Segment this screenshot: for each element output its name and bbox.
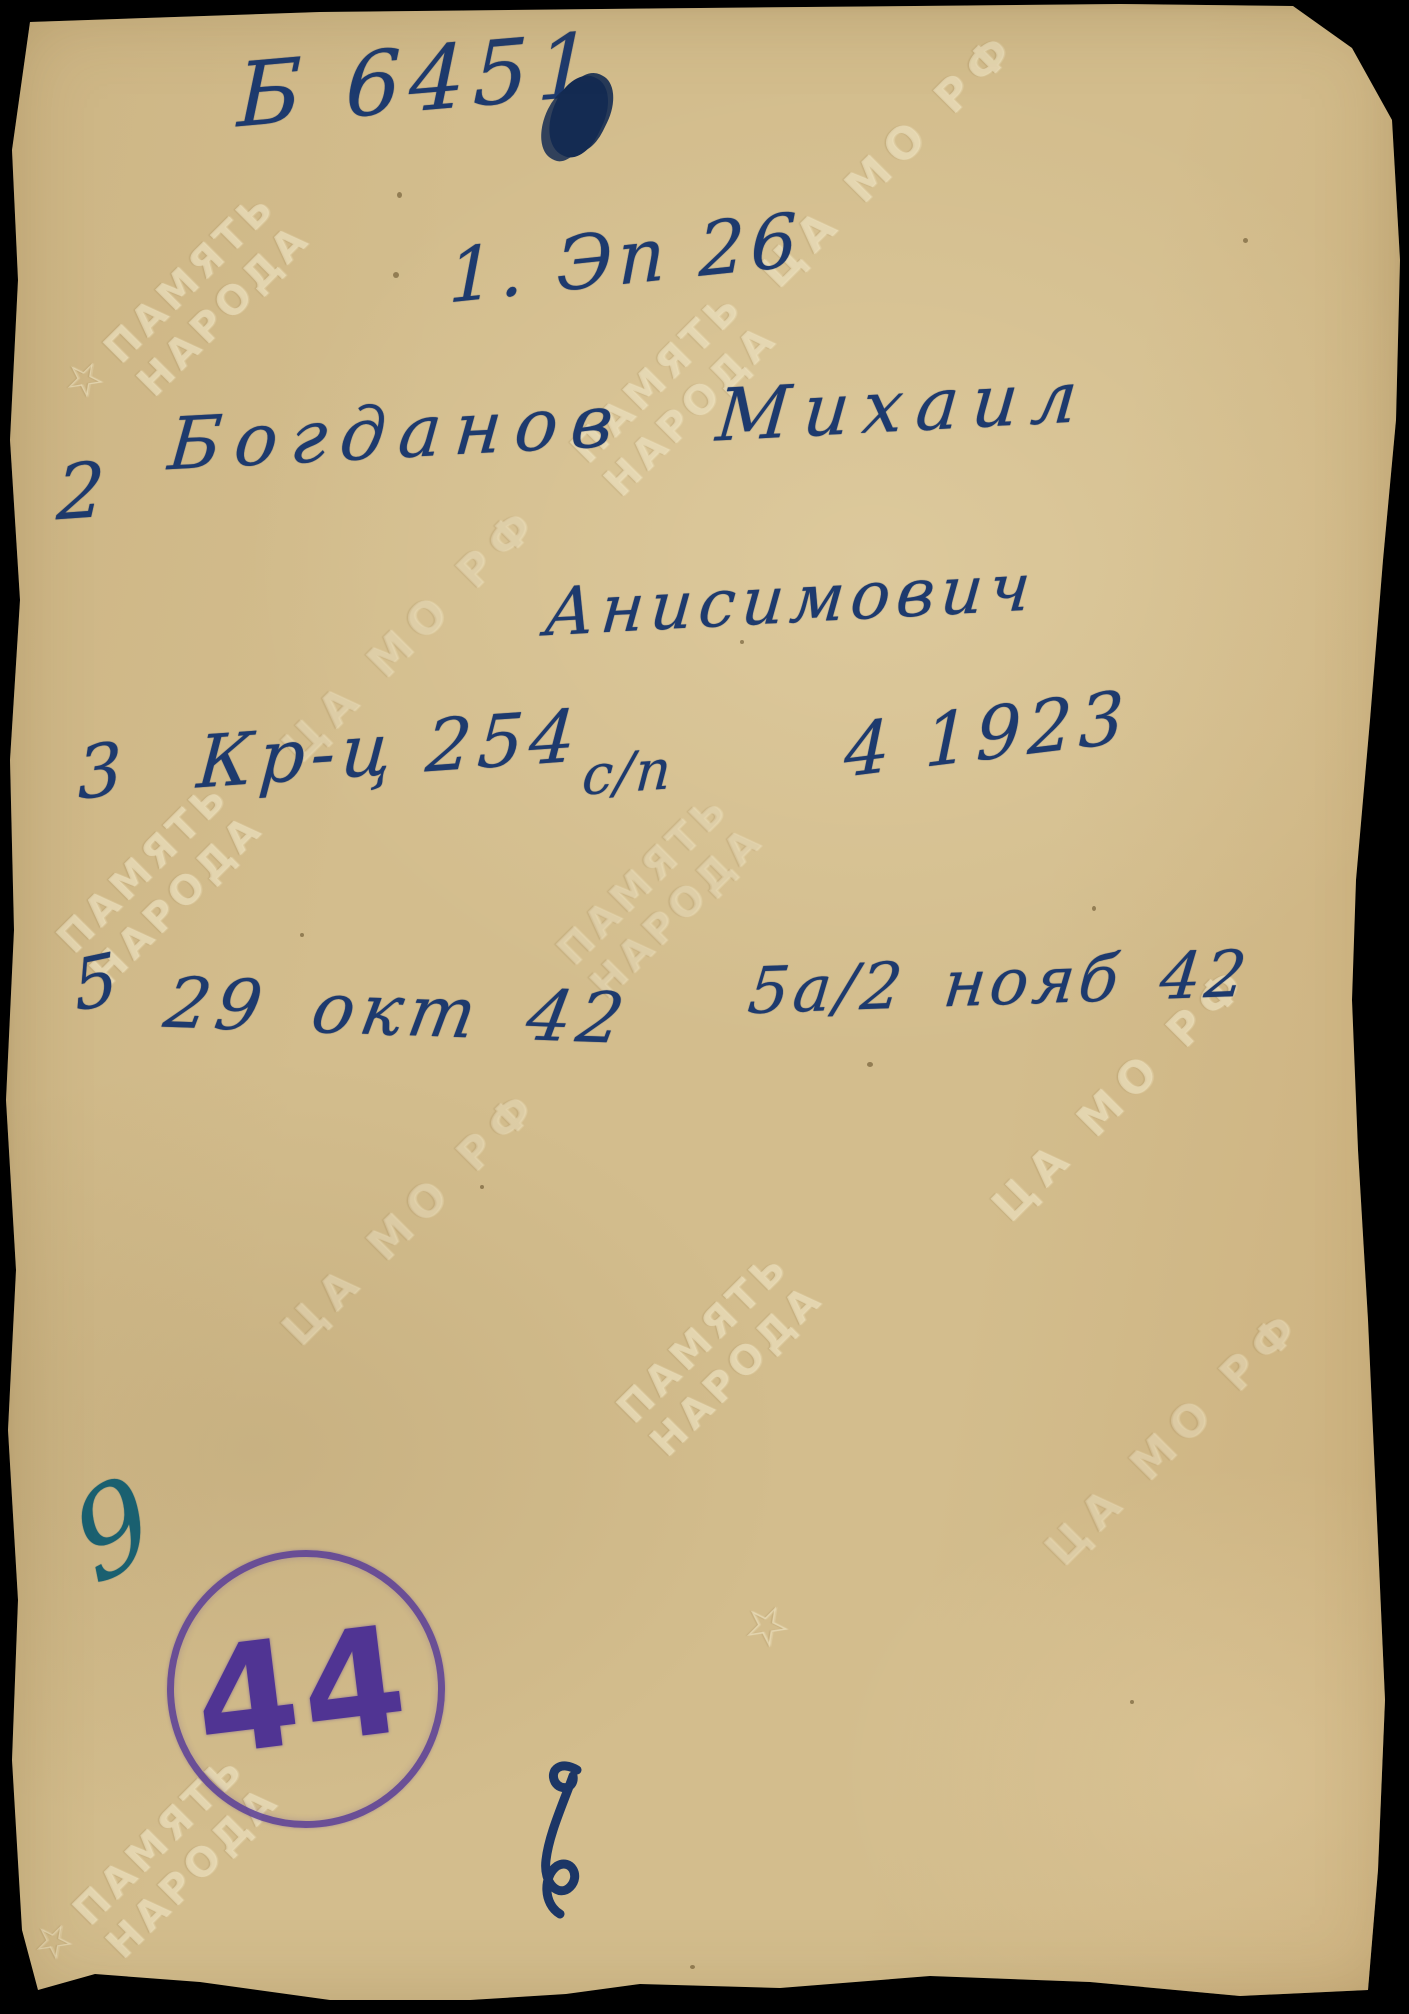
field4-birth-year: 4 1923 <box>844 680 1131 788</box>
paper-speck <box>1092 906 1096 911</box>
field5-date: 29 окт 42 <box>160 968 635 1054</box>
document-card: ЦА МО РФ ☆ ПАМЯТЬ НАРОДА ПАМЯТЬ НАРОДА Ц… <box>0 0 1409 2014</box>
paper-speck <box>480 1185 484 1189</box>
field2-patronymic: Анисимович <box>542 554 1039 646</box>
watermark-memory: ПАМЯТЬ НАРОДА <box>608 1241 833 1466</box>
paper-speck <box>300 933 304 937</box>
watermark-memory: ☆ ПАМЯТЬ НАРОДА <box>95 181 320 406</box>
star-icon: ☆ <box>19 1907 87 1975</box>
field5-number: 5 <box>70 943 121 1022</box>
field2-number: 2 <box>55 452 106 532</box>
watermark-memory-line1: ПАМЯТЬ <box>548 783 740 975</box>
stamp-number: 44 <box>186 1593 419 1790</box>
watermark-archive: ЦА МО РФ <box>272 1078 550 1356</box>
watermark-memory-line2: НАРОДА <box>128 215 320 407</box>
watermark-memory-line2: НАРОДА <box>641 1275 833 1467</box>
paper-speck <box>1130 1700 1134 1704</box>
field3-rank-unit: Кр-ц 254с/п <box>195 693 674 799</box>
field1-evacuation-point: 1. Эп 26 <box>448 203 802 315</box>
field3-number: 3 <box>76 732 124 811</box>
paper-speck <box>1243 238 1248 243</box>
signature-flourish <box>515 1758 615 1928</box>
stamp: 44 <box>160 1543 452 1835</box>
paper-speck <box>397 192 402 198</box>
scan-background: { "card": { "reg_number": "Б 6451", "fie… <box>0 0 1409 2014</box>
star-icon: ☆ <box>50 345 118 413</box>
watermark-memory-line1: ПАМЯТЬ <box>608 1241 800 1433</box>
watermark-memory-line1: ПАМЯТЬ <box>95 181 287 373</box>
paper-speck <box>393 272 399 278</box>
paper-speck <box>867 1062 873 1067</box>
watermark-archive: ЦА МО РФ <box>1035 1298 1313 1576</box>
watermark-memory: ПАМЯТЬ НАРОДА <box>548 783 773 1008</box>
field5a-date: 5а/2 нояб 42 <box>745 943 1253 1025</box>
field2-surname-name: Богданов Михаил <box>166 360 1094 481</box>
registration-number: Б 6451 <box>236 20 601 140</box>
star-icon: ☆ <box>726 1586 805 1665</box>
paper-speck <box>690 1965 695 1969</box>
field3-unit-suffix: с/п <box>580 737 675 808</box>
field3-rank-unit-main: Кр-ц 254 <box>195 693 585 804</box>
page-number-mark: 9 <box>58 1457 169 1602</box>
